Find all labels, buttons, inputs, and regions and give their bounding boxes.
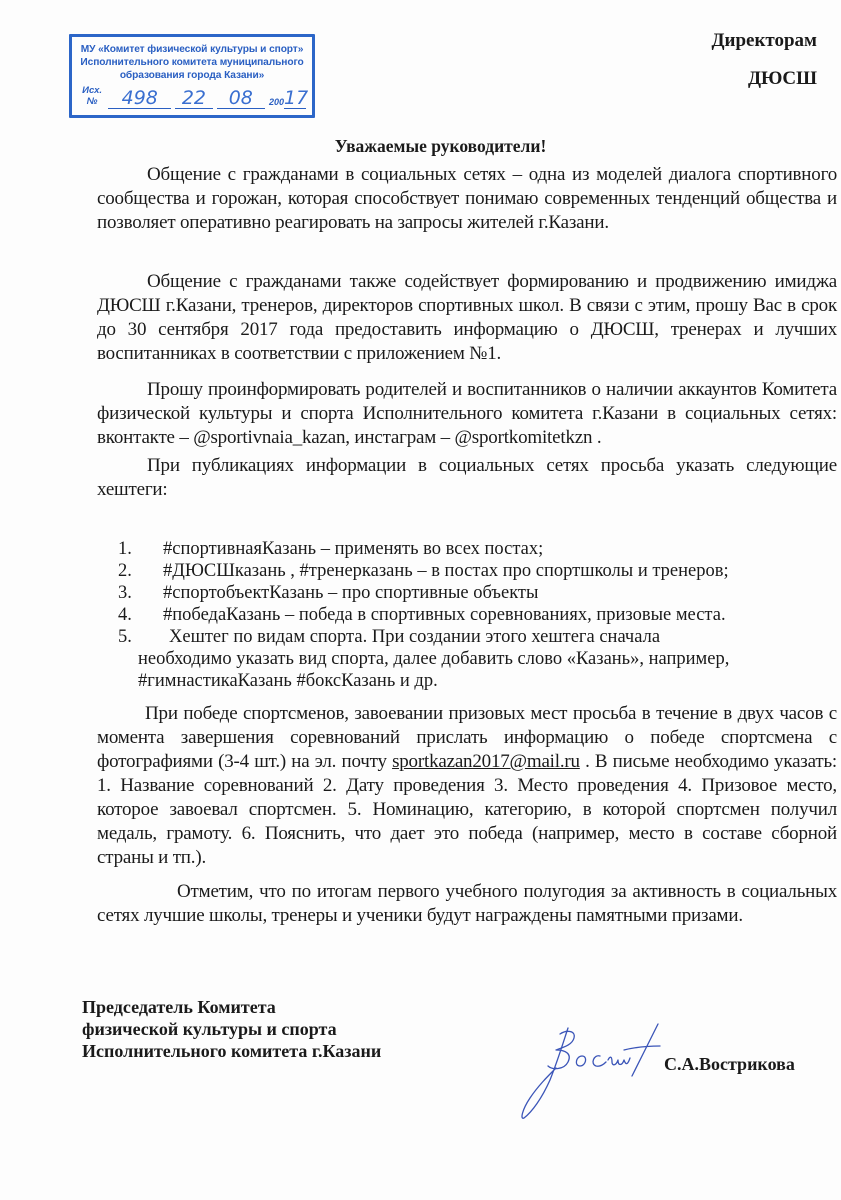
- stamp-org-line-3: образования города Казани»: [72, 69, 312, 82]
- hashtag-item: 2. #ДЮСШказань , #тренерказань – в поста…: [118, 560, 838, 582]
- letter-page: МУ «Комитет физической культуры и спорт»…: [0, 0, 841, 1200]
- addressee-line-2: ДЮСШ: [711, 68, 817, 90]
- hashtag-number: 2.: [118, 560, 163, 582]
- paragraph-5: При победе спортсменов, завоевании призо…: [97, 702, 837, 870]
- hashtag-item: 4. #победаКазань – победа в спортивных с…: [118, 604, 838, 626]
- email-link[interactable]: sportkazan2017@mail.ru: [392, 751, 580, 772]
- addressee: Директорам ДЮСШ: [711, 30, 817, 90]
- signatory-title-line-3: Исполнительного комитета г.Казани: [82, 1040, 381, 1062]
- stamp-org-line-2: Исполнительного комитета муниципального: [72, 56, 312, 69]
- hashtag-item: 3. #спортобъектКазань – про спортивные о…: [118, 582, 838, 604]
- hashtag-continuation-line: необходимо указать вид спорта, далее доб…: [138, 648, 838, 670]
- stamp-year-prefix: 200: [269, 97, 284, 109]
- hashtag-text: #победаКазань – победа в спортивных соре…: [163, 604, 726, 626]
- hashtag-item: 5. Хештег по видам спорта. При создании …: [118, 626, 838, 648]
- stamp-month: 08: [217, 88, 265, 109]
- hashtag-text: #спортивнаяКазань – применять во всех по…: [163, 538, 543, 560]
- hashtag-text: #спортобъектКазань – про спортивные объе…: [163, 582, 538, 604]
- handwritten-signature-icon: [520, 1020, 670, 1130]
- paragraph-2: Общение с гражданами также содействует ф…: [97, 270, 837, 366]
- paragraph-4: При публикациях информации в социальных …: [97, 454, 837, 502]
- outgoing-registration-stamp: МУ «Комитет физической культуры и спорт»…: [69, 34, 315, 118]
- hashtag-list: 1. #спортивнаяКазань – применять во всех…: [118, 538, 838, 692]
- addressee-line-1: Директорам: [711, 30, 817, 52]
- hashtag-text: Хештег по видам спорта. При создании это…: [163, 626, 660, 648]
- hashtag-text: #ДЮСШказань , #тренерказань – в постах п…: [163, 560, 729, 582]
- hashtag-number: 3.: [118, 582, 163, 604]
- signatory-title: Председатель Комитета физической культур…: [82, 996, 381, 1062]
- signatory-name: С.А.Вострикова: [664, 1054, 795, 1075]
- paragraph-6: Отметим, что по итогам первого учебного …: [97, 880, 837, 928]
- stamp-ref-number: 498: [108, 88, 171, 109]
- stamp-reference-row: Исх.№ 498 22 08 200 17: [78, 87, 306, 109]
- paragraph-3: Прошу проинформировать родителей и воспи…: [97, 378, 837, 450]
- salutation: Уважаемые руководители!: [0, 136, 841, 157]
- hashtag-item: 1. #спортивнаяКазань – применять во всех…: [118, 538, 838, 560]
- hashtag-number: 1.: [118, 538, 163, 560]
- stamp-ref-label: Исх.№: [78, 85, 106, 109]
- stamp-day: 22: [175, 88, 212, 109]
- stamp-org-line-1: МУ «Комитет физической культуры и спорт»: [72, 43, 312, 56]
- paragraph-1: Общение с гражданами в социальных сетях …: [97, 163, 837, 235]
- hashtag-number: 4.: [118, 604, 163, 626]
- signatory-title-line-1: Председатель Комитета: [82, 996, 381, 1018]
- hashtag-continuation-line: #гимнастикаКазань #боксКазань и др.: [138, 670, 838, 692]
- stamp-year-suffix: 17: [284, 88, 306, 109]
- hashtag-number: 5.: [118, 626, 163, 648]
- signatory-title-line-2: физической культуры и спорта: [82, 1018, 381, 1040]
- hashtag-item-5-continuation: необходимо указать вид спорта, далее доб…: [138, 648, 838, 692]
